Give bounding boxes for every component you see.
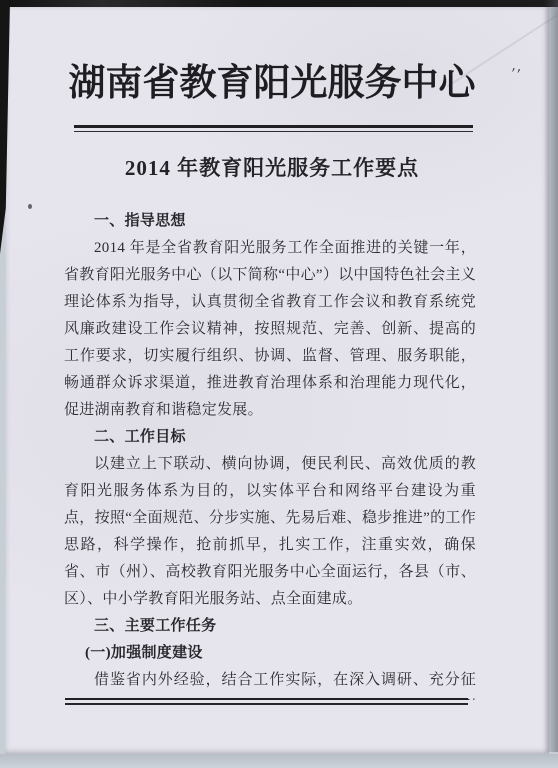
section-paragraph-1: 2014 年是全省教育阳光服务工作全面推进的关键一年，省教育阳光服务中心（以下简… [64,235,476,424]
section-subheading-3: (一)加强制度建设 [64,640,476,667]
section-heading-3: 三、主要工作任务 [64,613,476,640]
paper: 湖南省教育阳光服务中心 2014 年教育阳光服务工作要点 一、指导思想 2014… [5,6,549,754]
document-title: 2014 年教育阳光服务工作要点 [15,152,529,182]
section-heading-1: 一、指导思想 [64,208,476,235]
section-paragraph-3: 借鉴省内外经验，结合工作实际，在深入调研、充分征求意见的基础上，制定涉及中心运行… [64,667,476,700]
paper-edge-shadow-right [544,0,558,752]
paper-speck [28,204,32,209]
scanner-edge-top [0,0,558,7]
letterhead-title: 湖南省教育阳光服务中心 [15,52,529,106]
document-body: 一、指导思想 2014 年是全省教育阳光服务工作全面推进的关键一年，省教育阳光服… [64,208,476,700]
footer-rule [65,698,468,705]
scanned-page: 湖南省教育阳光服务中心 2014 年教育阳光服务工作要点 一、指导思想 2014… [0,0,558,768]
scanner-band-bottom [0,754,558,768]
letterhead-rule [74,125,473,132]
section-heading-2: 二、工作目标 [64,424,476,451]
section-paragraph-2: 以建立上下联动、横向协调，便民利民、高效优质的教育阳光服务体系为目的，以实体平台… [64,451,476,613]
